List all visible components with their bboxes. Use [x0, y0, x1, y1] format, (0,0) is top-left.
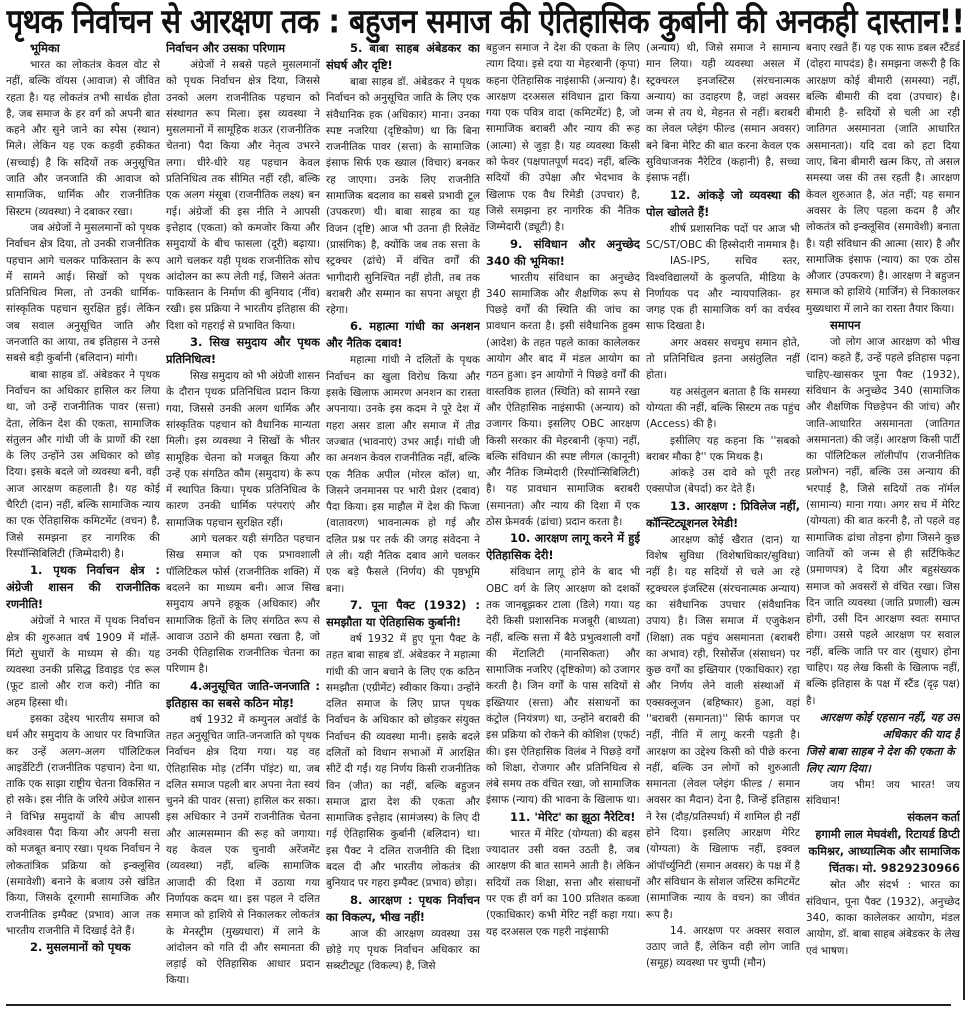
paragraph: इसीलिए यह कहना कि ''सबको बराबर मौका है''…: [646, 433, 800, 466]
paragraph: IAS-IPS, सचिव स्तर, विश्वविद्यालयों के क…: [646, 253, 800, 334]
column-5: (अन्याय) थी, जिसे समाज ने सामान्य मान लि…: [646, 40, 800, 1000]
section-heading: 10. आरक्षण लागू करने में हुई ऐतिहासिक दे…: [486, 530, 640, 564]
pull-quote: जिसे बाबा साहब ने देश की एकता के लिए त्य…: [806, 743, 960, 777]
article-headline: पृथक निर्वाचन से आरक्षण तक : बहुजन समाज …: [0, 0, 971, 43]
section-heading: 6. महात्मा गांधी का अनशन और नैतिक दबाव!: [326, 318, 480, 352]
section-heading: 5. बाबा साहब अंबेडकर का संघर्ष और दृष्टि…: [326, 40, 480, 74]
paragraph: अगर अवसर सचमुच समान होते, तो प्रतिनिधित्…: [646, 335, 800, 384]
article-body: भूमिकाभारत का लोकतंत्र केवल वोट से नहीं,…: [6, 40, 964, 1000]
right-divider: [963, 40, 965, 1000]
paragraph: वर्ष 1932 में हुए पूना पैक्ट के तहत बाबा…: [326, 631, 480, 892]
section-heading: 7. पूना पैक्ट (1932) : समझौता या ऐतिहासि…: [326, 597, 480, 631]
column-3: 5. बाबा साहब अंबेडकर का संघर्ष और दृष्टि…: [326, 40, 480, 1000]
section-heading: भूमिका: [6, 40, 160, 57]
paragraph: महात्मा गांधी ने दलितों के पृथक निर्वाचन…: [326, 352, 480, 596]
author-credit: संकलन कर्ता: [806, 809, 960, 826]
paragraph: भारत का लोकतंत्र केवल वोट से नहीं, बल्कि…: [6, 57, 160, 220]
section-heading: 8. आरक्षण : पृथक निर्वाचन का विकल्प, भीख…: [326, 892, 480, 926]
paragraph: अंग्रेजों ने सबसे पहले मुसलमानों को पृथक…: [166, 57, 320, 334]
pull-quote: आरक्षण कोई एहसान नहीं, यह उस अधिकार की य…: [806, 709, 960, 743]
paragraph: आंकड़े उस दावे को पूरी तरह एक्सपोज (बेपर…: [646, 465, 800, 498]
section-heading: 11. 'मेरिट' का झूठा नैरेटिव!: [486, 809, 640, 826]
section-heading: निर्वाचन और उसका परिणाम: [166, 40, 320, 57]
paragraph: स्रोत और संदर्भ : भारत का संविधान, पूना …: [806, 877, 960, 958]
section-heading: समापन: [806, 317, 960, 334]
section-heading: 4.अनुसूचित जाति-जनजाति : इतिहास का सबसे …: [166, 678, 320, 712]
paragraph: भारत में मेरिट (योग्यता) की बहस ज्यादातर…: [486, 826, 640, 940]
paragraph: जय भीम! जय भारत! जय संविधान!: [806, 777, 960, 810]
section-heading: 1. पृथक निर्वाचन क्षेत्र : अंग्रेजी शासन…: [6, 562, 160, 613]
paragraph: बहुजन समाज ने देश की एकता के लिए त्याग द…: [486, 40, 640, 236]
paragraph: बनाए रखते हैं। यह एक साफ डबल स्टैंडर्ड (…: [806, 40, 960, 317]
column-2: निर्वाचन और उसका परिणामअंग्रेजों ने सबसे…: [166, 40, 320, 1000]
paragraph: जो लोग आज आरक्षण को भीख (दान) कहते हैं, …: [806, 334, 960, 709]
section-heading: 3. सिख समुदाय और पृथक प्रतिनिधित्व!: [166, 334, 320, 368]
paragraph: शीर्ष प्रशासनिक पदों पर आज भी SC/ST/OBC …: [646, 221, 800, 254]
paragraph: जब अंग्रेजों ने मुसलमानों को पृथक निर्वा…: [6, 220, 160, 367]
paragraph: वर्ष 1932 में कम्युनल अवॉर्ड के तहत अनुस…: [166, 712, 320, 989]
paragraph: यह असंतुलन बताता है कि समस्या योग्यता की…: [646, 384, 800, 433]
paragraph: आज की आरक्षण व्यवस्था उस छोड़े गए पृथक न…: [326, 926, 480, 975]
paragraph: आगे चलकर यही संगठित पहचान सिख समाज को एक…: [166, 531, 320, 678]
section-heading: 9. संविधान और अनुच्छेद 340 की भूमिका!: [486, 236, 640, 270]
section-heading: 13. आरक्षण : प्रिविलेज नहीं, कॉन्स्टिट्य…: [646, 498, 800, 532]
author-credit: हगामी लाल मेघवंशी, रिटायर्ड डिप्टी कमिश्…: [806, 826, 960, 877]
paragraph: (अन्याय) थी, जिसे समाज ने सामान्य मान लि…: [646, 40, 800, 187]
paragraph: इसका उद्देश्य भारतीय समाज को धर्म और समु…: [6, 711, 160, 939]
paragraph: संविधान लागू होने के बाद भी OBC वर्ग के …: [486, 564, 640, 808]
paragraph: आरक्षण कोई खैरात (दान) या विशेष सुविधा (…: [646, 532, 800, 923]
section-heading: 12. आंकड़े जो व्यवस्था की पोल खोलते हैं!: [646, 187, 800, 221]
column-1: भूमिकाभारत का लोकतंत्र केवल वोट से नहीं,…: [6, 40, 160, 1000]
column-4: बहुजन समाज ने देश की एकता के लिए त्याग द…: [486, 40, 640, 1000]
paragraph: बाबा साहब डॉ. अंबेडकर ने पृथक निर्वाचन क…: [6, 367, 160, 563]
paragraph: भारतीय संविधान का अनुच्छेद 340 सामाजिक औ…: [486, 270, 640, 531]
paragraph: 14. आरक्षण पर अक्सर सवाल उठाए जाते हैं, …: [646, 923, 800, 972]
paragraph: अंग्रेजों ने भारत में पृथक निर्वाचन क्षे…: [6, 613, 160, 711]
column-6: बनाए रखते हैं। यह एक साफ डबल स्टैंडर्ड (…: [806, 40, 960, 1000]
section-heading: 2. मुसलमानों को पृथक: [6, 939, 160, 956]
bottom-divider: [6, 1004, 951, 1006]
paragraph: बाबा साहब डॉ. अंबेडकर ने पृथक निर्वाचन क…: [326, 74, 480, 318]
paragraph: सिख समुदाय को भी अंग्रेजी शासन के दौरान …: [166, 368, 320, 531]
